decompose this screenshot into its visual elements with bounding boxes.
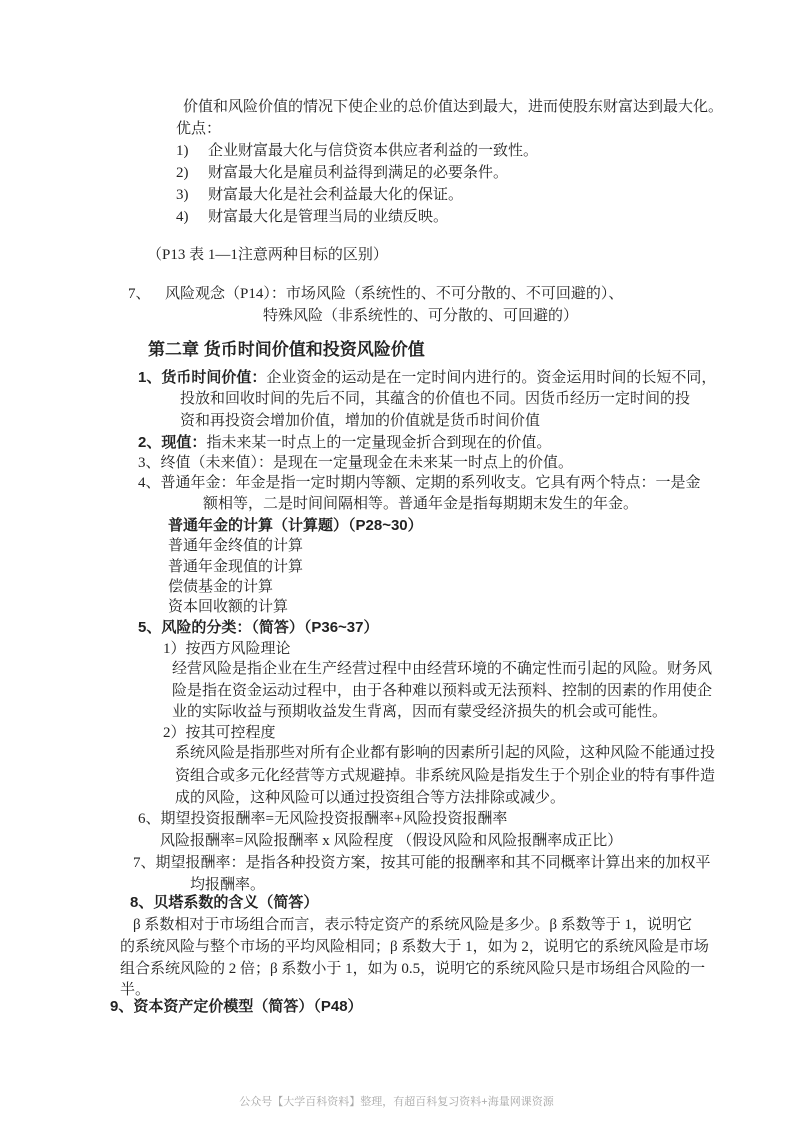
doc-line: 7、期望报酬率：是指各种投资方案，按其可能的报酬率和其不同概率计算出来的加权平 xyxy=(133,855,711,872)
doc-line: 额相等，二是时间间隔相等。普通年金是指每期期末发生的年金。 xyxy=(203,496,638,513)
doc-line: 1）按西方风险理论 xyxy=(163,641,291,658)
doc-line: 半。 xyxy=(120,982,150,999)
line-text: 指未来某一时点上的一定量现金折合到现在的价值。 xyxy=(206,435,551,451)
list-item: 1)企业财富最大化与信贷资本供应者利益的一致性。 xyxy=(176,143,538,160)
line-text: 财富最大化是管理当局的业绩反映。 xyxy=(208,209,448,225)
list-item: 7、风险观念（P14）：市场风险（系统性的、不可分散的、不可回避的）、 xyxy=(128,286,623,303)
doc-line: 资组合或多元化经营等方式规避掉。非系统风险是指发生于个别企业的特有事件造 xyxy=(175,768,715,785)
doc-line: 偿债基金的计算 xyxy=(168,579,273,596)
line-bold-segment: 1、货币时间价值： xyxy=(138,369,266,386)
doc-line: 4、普通年金：年金是指一定时期内等额、定期的系列收支。它具有两个特点：一是金 xyxy=(138,475,701,492)
sub-heading: 5、风险的分类：（简答）（P36~37） xyxy=(138,619,378,636)
line-text: 财富最大化是社会利益最大化的保证。 xyxy=(208,187,463,203)
list-marker: 7、 xyxy=(128,286,165,303)
line-bold-segment: 2、现值： xyxy=(138,434,206,451)
chapter-heading: 第二章 货币时间价值和投资风险价值 xyxy=(148,341,425,358)
list-marker: 2) xyxy=(176,165,208,182)
doc-line: 组合系统风险的 2 倍；β 系数小于 1，如为 0.5，说明它的系统风险只是市场… xyxy=(120,961,705,978)
line-text: 财富最大化是雇员利益得到满足的必要条件。 xyxy=(208,165,508,181)
document-page: 价值和风险价值的情况下使企业的总价值达到最大，进而使股东财富达到最大化。 优点：… xyxy=(0,0,793,1122)
doc-line: 3、终值（未来值）：是现在一定量现金在未来某一时点上的价值。 xyxy=(138,455,573,472)
list-item: 4)财富最大化是管理当局的业绩反映。 xyxy=(176,209,448,226)
doc-line: 2、现值：指未来某一时点上的一定量现金折合到现在的价值。 xyxy=(138,434,551,452)
doc-line: 资和再投资会增加价值，增加的价值就是货币时间价值 xyxy=(180,413,540,430)
doc-line: 普通年金终值的计算 xyxy=(168,538,303,555)
doc-line: 优点： xyxy=(176,121,221,138)
doc-line: 险是指在资金运动过程中，由于各种难以预料或无法预料、控制的因素的作用使企 xyxy=(172,683,712,700)
footer-watermark: 公众号【大学百科资料】整理，有超百科复习资料+海量网课资源 xyxy=(0,1093,793,1109)
list-marker: 3) xyxy=(176,187,208,204)
doc-line: 成的风险，这种风险可以通过投资组合等方法排除或减少。 xyxy=(175,790,565,807)
doc-line: 的系统风险与整个市场的平均风险相同；β 系数大于 1，如为 2，说明它的系统风险… xyxy=(120,939,709,956)
line-text: 企业资金的运动是在一定时间内进行的。资金运用时间的长短不同， xyxy=(266,370,716,386)
sub-heading: 普通年金的计算（计算题）（P28~30） xyxy=(168,517,423,534)
sub-heading: 9、资本资产定价模型（简答）（P48） xyxy=(110,998,363,1015)
doc-line: 价值和风险价值的情况下使企业的总价值达到最大，进而使股东财富达到最大化。 xyxy=(183,99,723,116)
list-marker: 1) xyxy=(176,143,208,160)
doc-line: 均报酬率。 xyxy=(190,877,265,894)
doc-line: 1、货币时间价值：企业资金的运动是在一定时间内进行的。资金运用时间的长短不同， xyxy=(138,369,716,387)
doc-line: 风险报酬率=风险报酬率 x 风险程度 （假设风险和风险报酬率成正比） xyxy=(160,833,622,850)
doc-line: 系统风险是指那些对所有企业都有影响的因素所引起的风险，这种风险不能通过投 xyxy=(175,745,715,762)
doc-line: 6、期望投资报酬率=无风险投资报酬率+风险投资报酬率 xyxy=(138,811,507,828)
doc-line: β 系数相对于市场组合而言，表示特定资产的系统风险是多少。β 系数等于 1，说明… xyxy=(133,917,692,934)
doc-line: （P13 表 1—1注意两种目标的区别） xyxy=(147,247,388,264)
doc-line: 2）按其可控程度 xyxy=(163,725,276,742)
doc-line: 业的实际收益与预期收益发生背离，因而有蒙受经济损失的机会或可能性。 xyxy=(172,704,667,721)
line-text: 风险观念（P14）：市场风险（系统性的、不可分散的、不可回避的）、 xyxy=(165,286,623,302)
doc-line: 投放和回收时间的先后不同，其蕴含的价值也不同。因货币经历一定时间的投 xyxy=(180,391,690,408)
sub-heading: 8、贝塔系数的含义（简答） xyxy=(130,894,318,911)
list-marker: 4) xyxy=(176,209,208,226)
list-item: 3)财富最大化是社会利益最大化的保证。 xyxy=(176,187,463,204)
doc-line: 资本回收额的计算 xyxy=(168,599,288,616)
line-text: 企业财富最大化与信贷资本供应者利益的一致性。 xyxy=(208,143,538,159)
doc-line: 经营风险是指企业在生产经营过程中由经营环境的不确定性而引起的风险。财务风 xyxy=(172,661,712,678)
list-item: 2)财富最大化是雇员利益得到满足的必要条件。 xyxy=(176,165,508,182)
doc-line: 普通年金现值的计算 xyxy=(168,559,303,576)
doc-line: 特殊风险（非系统性的、可分散的、可回避的） xyxy=(263,308,578,325)
